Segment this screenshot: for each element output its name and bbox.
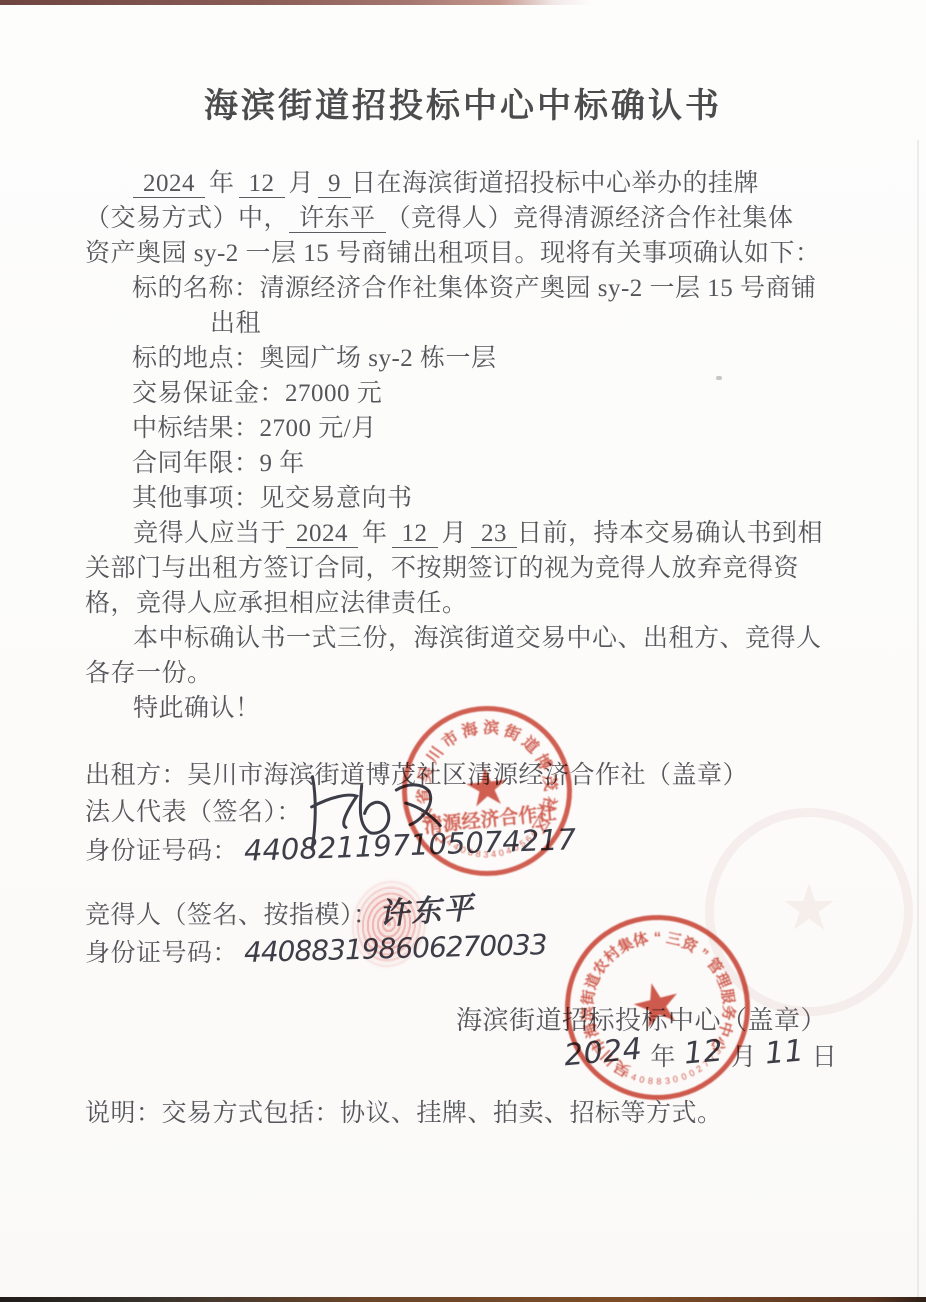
intro-line-2-post: （竞得人）竞得清源经济合作社集体	[386, 205, 794, 232]
deadline-line-3: 格，竞得人应承担相应法律责任。	[85, 586, 468, 621]
deadline-line-1: 竞得人应当于2024年12月23日前，持本交易确认书到相	[85, 516, 823, 551]
intro-line-3: 资产奥园 sy-2 一层 15 号商铺出租项目。现将有关事项确认如下：	[85, 236, 821, 271]
intro-line-1: 2024年12月9日在海滨街道招投标中心举办的挂牌	[85, 166, 759, 201]
item-deposit: 交易保证金：27000 元	[132, 376, 382, 411]
stamp-arc-char: 3	[664, 1076, 670, 1086]
deadline-month: 12	[392, 520, 438, 548]
lessor-id-label: 身份证号码：	[85, 838, 238, 865]
item-other: 其他事项：见交易意向书	[132, 481, 413, 516]
bidder-name-underlined: 许东平	[289, 205, 386, 233]
item-subject-location: 标的地点：奥园广场 sy-2 栋一层	[132, 341, 497, 376]
stamp-arc-char: 省	[417, 787, 434, 804]
item-contract-term: 合同年限：9 年	[132, 446, 305, 481]
intro-line-2: （交易方式）中，许东平（竞得人）竞得清源经济合作社集体	[85, 201, 794, 236]
stamp-arc-char: 8	[656, 1077, 661, 1086]
stamp-arc-char: 8	[647, 1076, 653, 1085]
deadline-pre: 竞得人应当于	[133, 520, 286, 547]
item-subject-name-cont: 出租	[210, 306, 261, 341]
deadline-line-2: 关部门与出租方签订合同，不按期签订的视为竞得人放弃竞得资	[85, 551, 799, 586]
deadline-month-label: 月	[442, 520, 468, 547]
confirm-line: 特此确认！	[85, 691, 261, 726]
intro-day: 9	[318, 170, 351, 198]
copies-line-2: 各存一份。	[85, 656, 213, 691]
bidder-id-line: 身份证号码：440883198606270033	[85, 934, 547, 971]
item-subject-name: 标的名称：清源经济合作社集体资产奥园 sy-2 一层 15 号商铺	[132, 271, 817, 306]
stamp-arc-char: 滨	[483, 721, 500, 738]
document-title: 海滨街道招投标中心中标确认书	[0, 78, 926, 127]
intro-line-1-rest: 日在海滨街道招投标中心举办的挂牌	[351, 170, 759, 197]
deadline-post: 日前，持本交易确认书到相	[517, 520, 823, 547]
bidder-id-label: 身份证号码：	[85, 940, 238, 967]
intro-month-label: 月	[289, 170, 315, 197]
scan-speck	[716, 376, 722, 380]
stamp-arc-char: 3	[483, 850, 488, 859]
stamp-arc-char: 茂	[540, 774, 558, 792]
scanned-document: 海滨街道招投标中心中标确认书 2024年12月9日在海滨街道招投标中心举办的挂牌…	[0, 0, 926, 1302]
legal-rep-line: 法人代表（签名）：	[85, 795, 302, 830]
copies-line-1: 本中标确认书一式三份，海滨街道交易中心、出租方、竞得人	[85, 621, 822, 656]
deadline-day: 23	[471, 520, 517, 548]
bidder-sign-label: 竞得人（签名、按指模）：	[85, 902, 379, 929]
stamp-arc-char: 街	[580, 989, 597, 1006]
intro-month: 12	[239, 170, 285, 198]
stamp-arc-char: 4	[491, 850, 497, 859]
item-result: 中标结果：2700 元/月	[132, 411, 377, 446]
stamp-arc-char: 体	[631, 930, 649, 948]
deadline-year: 2024	[286, 520, 358, 548]
scan-edge-bottom	[0, 1297, 926, 1302]
note-line: 说明：交易方式包括：协议、挂牌、拍卖、招标等方式。	[85, 1096, 723, 1131]
ghost-stamp-star-icon: ★	[780, 871, 837, 945]
stamp-arc-char: 务	[719, 1004, 735, 1020]
intro-year: 2024	[133, 170, 205, 198]
stamp-arc-char: 服	[718, 987, 735, 1004]
intro-line-2-pre: （交易方式）中，	[85, 205, 289, 232]
stamp-arc-char: 滨	[580, 1005, 596, 1021]
date-day-label: 日	[812, 1044, 838, 1071]
intro-year-label: 年	[209, 170, 235, 197]
paper-edge-shadow	[917, 140, 919, 1298]
scan-edge-top	[0, 0, 926, 5]
date-day-handwritten: 11	[763, 1033, 805, 1071]
deadline-year-label: 年	[362, 520, 388, 547]
legal-rep-label: 法人代表（签名）：	[85, 799, 302, 826]
stamp-arc-char: “	[653, 930, 661, 945]
